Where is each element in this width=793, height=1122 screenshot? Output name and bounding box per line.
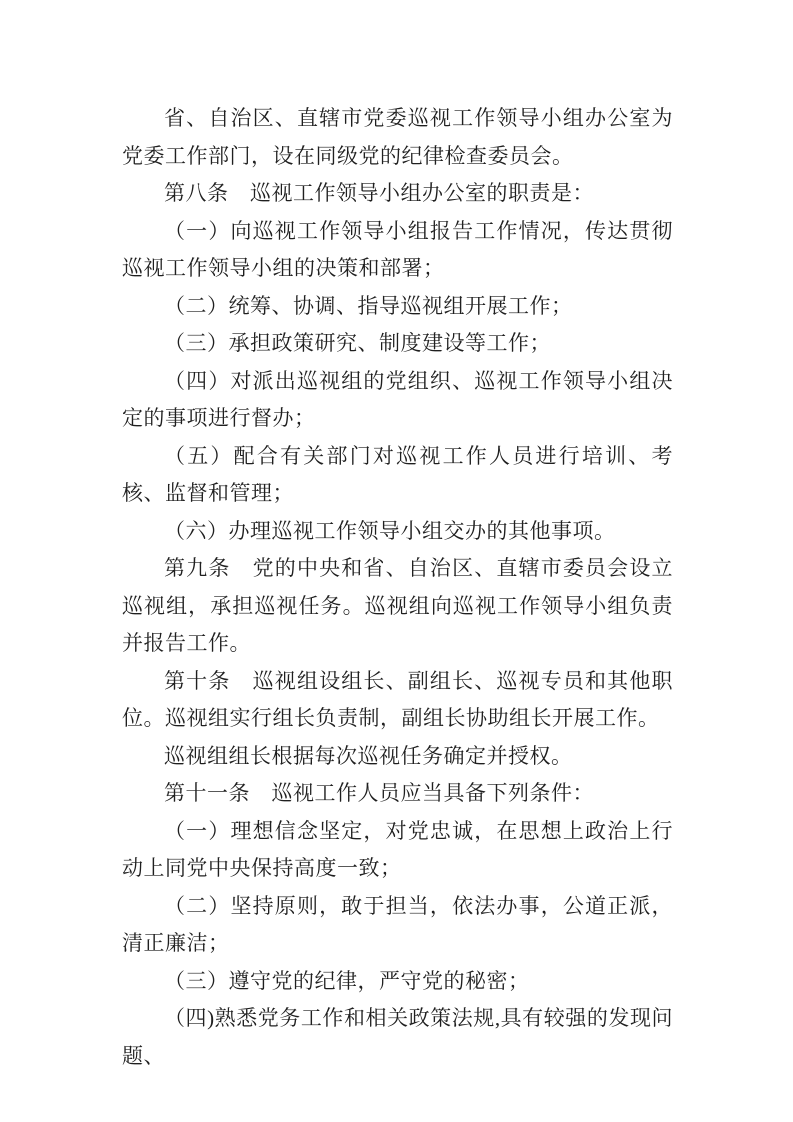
paragraph: （一）向巡视工作领导小组报告工作情况，传达贯彻巡视工作领导小组的决策和部署；: [122, 213, 673, 288]
paragraph: （五）配合有关部门对巡视工作人员进行培训、考核、监督和管理；: [122, 438, 673, 513]
paragraph: 省、自治区、直辖市党委巡视工作领导小组办公室为党委工作部门，设在同级党的纪律检查…: [122, 100, 673, 175]
paragraph: （四)熟悉党务工作和相关政策法规,具有较强的发现问题、: [122, 1000, 673, 1075]
paragraph-article-8: 第八条 巡视工作领导小组办公室的职责是：: [122, 175, 673, 213]
paragraph: （二）统筹、协调、指导巡视组开展工作；: [122, 288, 673, 326]
document-text-block: 省、自治区、直辖市党委巡视工作领导小组办公室为党委工作部门，设在同级党的纪律检查…: [122, 100, 673, 1075]
paragraph: （一）理想信念坚定，对党忠诚，在思想上政治上行动上同党中央保持高度一致；: [122, 813, 673, 888]
paragraph: （四）对派出巡视组的党组织、巡视工作领导小组决定的事项进行督办；: [122, 363, 673, 438]
paragraph: （六）办理巡视工作领导小组交办的其他事项。: [122, 513, 673, 551]
paragraph: （三）承担政策研究、制度建设等工作；: [122, 325, 673, 363]
paragraph-article-10: 第十条 巡视组设组长、副组长、巡视专员和其他职位。巡视组实行组长负责制，副组长协…: [122, 663, 673, 738]
document-page: 省、自治区、直辖市党委巡视工作领导小组办公室为党委工作部门，设在同级党的纪律检查…: [0, 0, 793, 1122]
paragraph: （二）坚持原则，敢于担当，依法办事，公道正派，清正廉洁；: [122, 888, 673, 963]
paragraph-article-9: 第九条 党的中央和省、自治区、直辖市委员会设立巡视组，承担巡视任务。巡视组向巡视…: [122, 550, 673, 663]
paragraph-article-11: 第十一条 巡视工作人员应当具备下列条件：: [122, 775, 673, 813]
paragraph: 巡视组组长根据每次巡视任务确定并授权。: [122, 738, 673, 776]
paragraph: （三）遵守党的纪律，严守党的秘密；: [122, 963, 673, 1001]
